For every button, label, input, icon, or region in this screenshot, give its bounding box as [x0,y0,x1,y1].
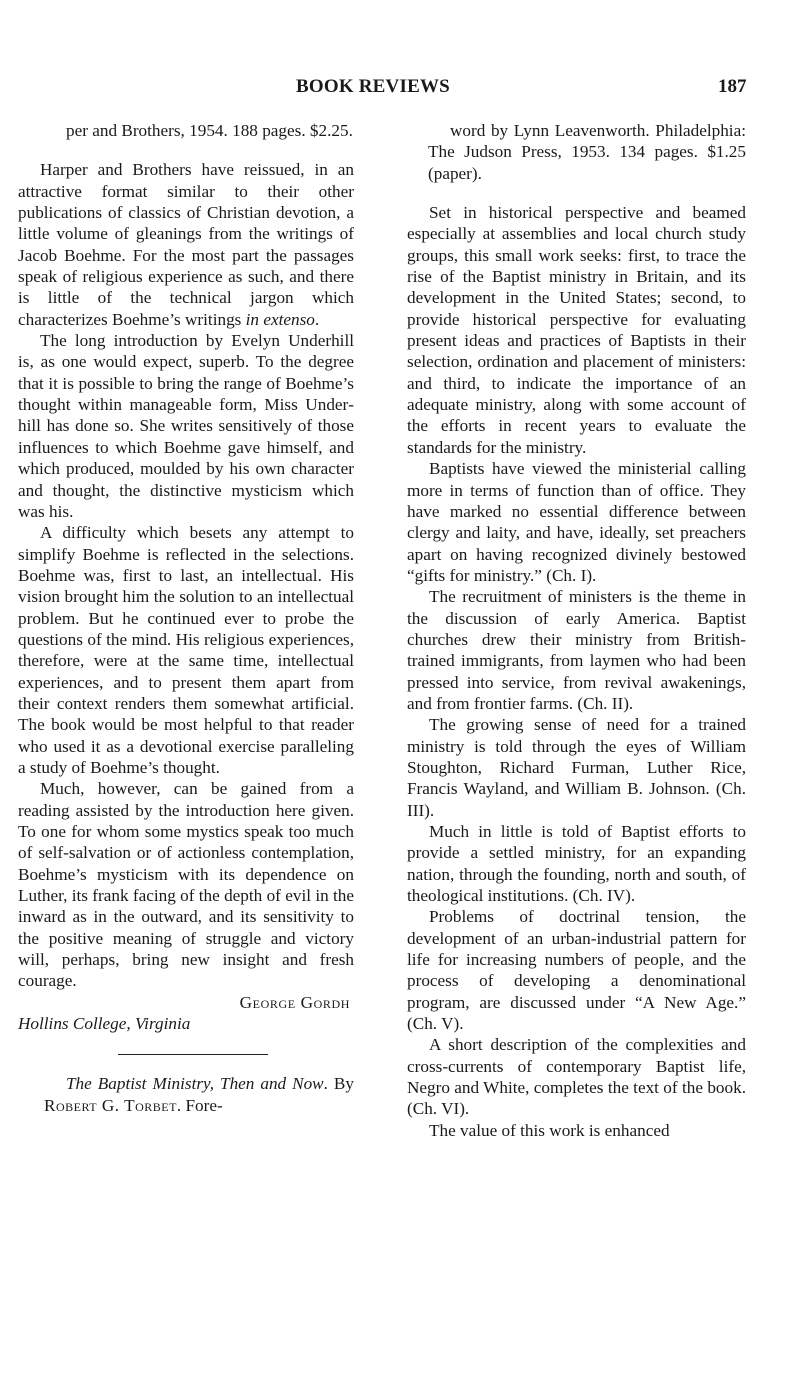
review-paragraph: The growing sense of need for a trained … [407,714,746,821]
bibliographic-entry-continuation: word by Lynn Leavenworth. Phila­delphia:… [407,120,746,184]
review-paragraph: A short description of the complexi­ties… [407,1034,746,1119]
reviewer-name: George Gordh [18,992,354,1013]
bibliographic-entry: The Baptist Ministry, Then and Now. By R… [18,1073,354,1116]
by-text: . By [324,1074,354,1093]
review-paragraph: The value of this work is enhanced [407,1120,746,1141]
page-number: 187 [718,76,747,98]
biblio-tail: . Fore- [177,1096,223,1115]
review-baptist-ministry: Set in historical perspective and beamed… [407,202,746,1141]
review-paragraph: Much in little is told of Baptist ef­for… [407,821,746,906]
review-paragraph: Problems of doctrinal tension, the devel… [407,906,746,1034]
reviewer-affiliation: Hollins College, Virginia [18,1013,354,1034]
bibliographic-entry-continuation: per and Brothers, 1954. 188 pages. $2.25… [18,120,354,141]
paragraph-text: Harper and Brothers have reissued, in an… [18,160,354,328]
review-paragraph: Harper and Brothers have reissued, in an… [18,159,354,330]
right-column: word by Lynn Leavenworth. Phila­delphia:… [407,120,746,1141]
book-author: Robert G. Torbet [44,1096,177,1115]
review-paragraph: Baptists have viewed the ministerial cal… [407,458,746,586]
section-divider [118,1054,268,1055]
book-title: The Baptist Ministry, Then and Now [66,1074,324,1093]
review-paragraph: The recruitment of ministers is the them… [407,586,746,714]
review-paragraph: The long introduction by Evelyn Underhil… [18,330,354,522]
review-paragraph: Set in historical perspective and beamed… [407,202,746,458]
paragraph-text: . [315,310,319,329]
section-title: BOOK REVIEWS [296,76,450,98]
review-boehme: Harper and Brothers have reissued, in an… [18,159,354,1034]
review-paragraph: A difficulty which besets any attempt to… [18,522,354,778]
review-paragraph: Much, however, can be gained from a read… [18,778,354,991]
latin-phrase: in extenso [246,310,315,329]
running-head: BOOK REVIEWS 187 [0,76,800,102]
left-column: per and Brothers, 1954. 188 pages. $2.25… [18,120,354,1116]
